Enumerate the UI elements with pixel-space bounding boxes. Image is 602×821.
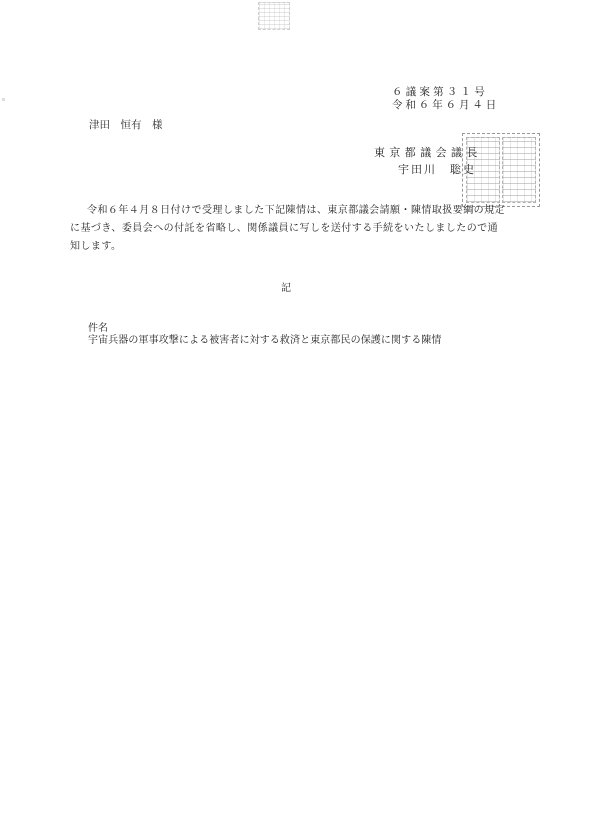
seal-column-right <box>502 137 536 203</box>
body-line-2: に基づき、委員会への付託を省略し、関係議員に写しを送付する手続をいたしましたので… <box>70 222 498 235</box>
addressee: 津田 恒有 様 <box>89 119 163 132</box>
document-page: ６議案第３１号 令和６年６月４日 津田 恒有 様 東京都議会議長 宇田川 聡史 … <box>0 0 602 821</box>
seal-column-left <box>466 137 500 203</box>
document-number: ６議案第３１号 <box>392 86 488 99</box>
body-line-3: 知します。 <box>70 240 121 253</box>
body-line-1: 令和６年４月８日付けで受理しました下記陳情は、東京都議会請願・陳情取扱要綱の規定 <box>87 204 505 217</box>
subject-text: 宇宙兵器の軍事攻撃による被害者に対する救済と東京都民の保護に関する陳情 <box>88 334 442 347</box>
official-seal-stamp <box>462 133 540 207</box>
ki-heading: 記 <box>281 282 291 295</box>
document-date: 令和６年６月４日 <box>392 99 499 112</box>
receipt-stamp <box>258 2 290 30</box>
scan-artifact <box>2 98 5 101</box>
